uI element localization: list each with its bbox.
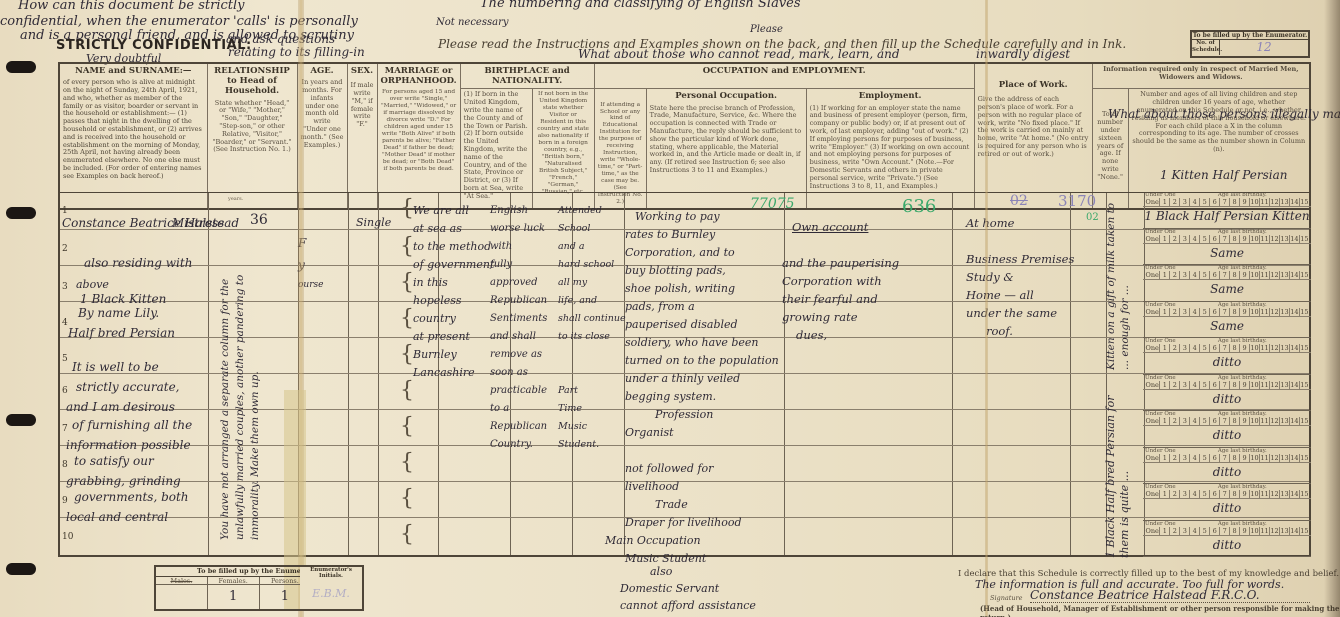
place-line: Business Premises [966, 250, 1074, 268]
occupation-line: livelihood [625, 478, 779, 496]
row-number: 7 [62, 424, 68, 434]
child-entry: ditto [1143, 428, 1311, 442]
age-cell: 13 [1279, 527, 1289, 535]
birthplace-line: country [413, 310, 494, 328]
employment-line: and the pauperising [782, 254, 899, 272]
age-cell: 14 [1289, 271, 1299, 279]
schedule-number-box: To be filled up by the Enumerator. No. o… [1190, 30, 1310, 58]
age-cell-under: One [1145, 381, 1159, 389]
child-age-row: Under OneAge last birthday.One1234567891… [1143, 302, 1311, 338]
child-entry: Same [1143, 319, 1311, 333]
age-cell: 13 [1279, 454, 1289, 462]
occupation-line: begging system. [625, 388, 779, 406]
birthplace-line: We are all [413, 202, 494, 220]
nationality-line: Country. [490, 436, 547, 454]
age-cell: 15 [1299, 417, 1309, 425]
age-cell: 2 [1169, 381, 1179, 389]
age-cell: 3 [1179, 417, 1189, 425]
child-age-row: Under OneAge last birthday.One1234567891… [1143, 484, 1311, 521]
age-cell: 3 [1179, 344, 1189, 352]
occupation-line: Draper for livelihood [625, 514, 779, 532]
occupation-line: rates to Burnley [625, 226, 779, 244]
age-cell: 6 [1209, 198, 1219, 206]
age-cell: 2 [1169, 417, 1179, 425]
age-cell: 5 [1199, 527, 1209, 535]
age-cell: 11 [1259, 198, 1269, 206]
person-name-cont[interactable]: local and central [66, 510, 168, 524]
employment-line: their fearful and [782, 290, 899, 308]
age-cell: 11 [1259, 381, 1269, 389]
annotation-vertical-children-2: 1 Black Half bred Persian for them is qu… [1104, 368, 1132, 558]
person-name-cont[interactable]: 1 Black Kitten [80, 292, 166, 306]
child-entry: 1 Black Half Persian Kitten [1143, 209, 1311, 223]
col-n-text: Total number under sixteen years of age.… [1096, 111, 1125, 181]
age-cell: 1 [1159, 527, 1169, 535]
age-cell: 3 [1179, 381, 1189, 389]
nationality-line: and shall [490, 328, 547, 346]
occupation-header: OCCUPATION and EMPLOYMENT. [594, 63, 974, 89]
col-m-text: Give the address of each person's place … [978, 96, 1089, 158]
occupation-line: Domestic Servant [620, 580, 756, 597]
place-line: Home — all [966, 286, 1074, 304]
males-value [156, 585, 208, 609]
age-cell: 9 [1239, 235, 1249, 243]
col-c-text: In years and months. For infants under o… [301, 79, 344, 149]
initials-label: Enumerator's Initials. [300, 567, 362, 579]
child-entry: ditto [1143, 501, 1311, 515]
age-cell: 5 [1199, 490, 1209, 498]
person-name-cont[interactable]: and I am desirous [66, 400, 175, 414]
age-cell: 1 [1159, 344, 1169, 352]
age-cell: 15 [1299, 308, 1309, 316]
col-l-header: Employment. (1) If working for an employ… [806, 89, 974, 209]
schedule-field-label: No. of Schedule. [1192, 40, 1220, 55]
birthplace-entries: We are all at sea as to the method of go… [413, 202, 494, 382]
place-line: Study & [966, 268, 1074, 286]
annotation-please: Please [750, 24, 783, 35]
col-h-header: . If attending a School or any kind of E… [594, 89, 646, 209]
age-cell: 4 [1189, 381, 1199, 389]
birthplace-line: of government [413, 256, 494, 274]
age-cell: 5 [1199, 454, 1209, 462]
person-name[interactable]: also residing with [84, 256, 192, 270]
age-cell: 5 [1199, 381, 1209, 389]
col-h-text: If attending a School or any kind of Edu… [598, 102, 643, 206]
age-cell: 1 [1159, 417, 1169, 425]
child-age-row: Under OneAge last birthday.One1234567891… [1143, 265, 1311, 302]
row-number: 4 [62, 318, 68, 328]
males-label: Males. [156, 577, 208, 584]
occupation-line: Trade [625, 496, 779, 514]
child-age-row: Under OneAge last birthday.One1234567891… [1143, 448, 1311, 484]
birthplace-line: hopeless [413, 292, 494, 310]
age-cell: 6 [1209, 490, 1219, 498]
age-cell: 7 [1219, 454, 1229, 462]
employment-line: Own account [782, 218, 899, 236]
age-cell: 14 [1289, 381, 1299, 389]
education-line: Part [558, 382, 626, 400]
age-cell: 6 [1209, 235, 1219, 243]
col-k-header: Personal Occupation. State here the prec… [646, 89, 806, 209]
col-b-title: RELATIONSHIP to Head of Household. [211, 66, 294, 97]
age-cell: 2 [1169, 271, 1179, 279]
col-k-text: State here the precise branch of Profess… [650, 105, 803, 175]
annotation-illegally: What about those persons illegally mated… [1108, 107, 1340, 121]
person-name-cont[interactable]: Half bred Persian [68, 326, 175, 340]
strictly-confidential-heading: STRICTLY CONFIDENTIAL: [56, 38, 252, 53]
nationality-line: worse luck [490, 220, 547, 238]
age-cell: 4 [1189, 271, 1199, 279]
age-cell: 8 [1229, 235, 1239, 243]
row-number: 10 [62, 532, 73, 542]
age-cell: 7 [1219, 490, 1229, 498]
person-name[interactable]: of furnishing all the [72, 418, 192, 432]
age-cell: 2 [1169, 235, 1179, 243]
row-number: 9 [62, 496, 68, 506]
schedule-box-label: To be filled up by the Enumerator. [1192, 32, 1308, 40]
punch-hole [6, 563, 36, 575]
age-cell: 7 [1219, 271, 1229, 279]
age-cell: 15 [1299, 271, 1309, 279]
age-cell: 3 [1179, 490, 1189, 498]
row-number: 6 [62, 386, 68, 396]
age-cell: 8 [1229, 527, 1239, 535]
child-age-row: Under OneAge last birthday.One1234567891… [1143, 521, 1311, 557]
nationality-line: with [490, 238, 547, 256]
age-cell: 12 [1269, 381, 1279, 389]
age-cell: 9 [1239, 271, 1249, 279]
employment-code: 636 [902, 196, 936, 217]
age-cell: 4 [1189, 454, 1199, 462]
education-line: life, and [558, 292, 626, 310]
person-name[interactable]: strictly accurate, [76, 380, 179, 394]
col-o-text: Number and ages of all living children a… [1132, 91, 1306, 153]
nationality-line: fully [490, 256, 547, 274]
birthplace-line: at present [413, 328, 494, 346]
place-line: At home [966, 214, 1074, 232]
column-header-table: NAME and SURNAME:— of every person who i… [58, 62, 1311, 210]
row-number: 3 [62, 282, 68, 292]
birthplace-line: at sea as [413, 220, 494, 238]
employment-entries: Own account and the pauperising Corporat… [782, 218, 899, 344]
age-cell: 7 [1219, 344, 1229, 352]
place-code-sub: 02 [1086, 212, 1099, 223]
age-cell: 8 [1229, 344, 1239, 352]
education-line: Student. [558, 436, 626, 454]
education-line: hard school [558, 256, 626, 274]
occupation-entries: Working to pay rates to Burnley Corporat… [625, 208, 779, 568]
age-cell: 5 [1199, 417, 1209, 425]
age-cell: 2 [1169, 490, 1179, 498]
employment-line [782, 236, 899, 254]
age-cell: 7 [1219, 198, 1229, 206]
occupation-line: Profession [625, 406, 779, 424]
occupation-line: pads, from a [625, 298, 779, 316]
age-cell: 7 [1219, 527, 1229, 535]
declaration-footer: (Head of Household, Manager of Establish… [980, 604, 1340, 617]
child-age-row: Under OneAge last birthday.One1234567891… [1143, 375, 1311, 411]
nationality-line: Republican [490, 418, 547, 436]
nationality-line: Sentiments [490, 310, 547, 328]
child-entry: ditto [1143, 355, 1311, 369]
person-name[interactable]: It is well to be [72, 360, 159, 374]
age-cell: 5 [1199, 271, 1209, 279]
punch-hole [6, 61, 36, 73]
age-cell-under: One [1145, 344, 1159, 352]
annotation-top-left-1: How can this document be strictly [18, 0, 245, 13]
age-cell: 9 [1239, 490, 1249, 498]
col-e-title: MARRIAGE or ORPHANHOOD. [381, 66, 457, 86]
age-cell: 1 [1159, 198, 1169, 206]
age-cell-under: One [1145, 454, 1159, 462]
col-c-title: AGE. [301, 66, 344, 76]
age-cell: 14 [1289, 308, 1299, 316]
married-info-header: Information required only in respect of … [1092, 63, 1310, 89]
age-cell: 10 [1249, 344, 1259, 352]
age-cell: 9 [1239, 198, 1249, 206]
birthplace-header: BIRTHPLACE and NATIONALITY. [460, 63, 594, 89]
paper-fold [985, 0, 988, 617]
age-cell: 5 [1199, 308, 1209, 316]
occupation-line: soldiery, who have been [625, 334, 779, 352]
females-value: 1 [208, 585, 260, 609]
age-cell: 1 [1159, 454, 1169, 462]
age-cell: 9 [1239, 344, 1249, 352]
age-cell: 5 [1199, 235, 1209, 243]
age-cell-under: One [1145, 527, 1159, 535]
age-cell: 13 [1279, 344, 1289, 352]
person-name-cont[interactable]: grabbing, grinding [66, 474, 181, 488]
age-cell: 13 [1279, 308, 1289, 316]
col-b-header: RELATIONSHIP to Head of Household. State… [207, 63, 297, 209]
child-age-row: Under OneAge last birthday.One1234567891… [1143, 411, 1311, 448]
nationality-entries: English worse luck with fully approved R… [490, 202, 547, 454]
age-cell: 10 [1249, 308, 1259, 316]
age-cell: 13 [1279, 490, 1289, 498]
person-name[interactable]: above [76, 278, 109, 291]
annotation-top-center: The numbering and classifying of English… [480, 0, 801, 11]
occupation-line [625, 442, 779, 460]
females-label: Females. [208, 577, 260, 584]
col-g-text: If not born in the United Kingdom state … [536, 91, 591, 195]
age-cell: 4 [1189, 308, 1199, 316]
birthplace-title: BIRTHPLACE and NATIONALITY. [464, 66, 591, 86]
age-cell: 10 [1249, 198, 1259, 206]
col-a-header: NAME and SURNAME:— of every person who i… [59, 63, 207, 209]
age-cell: 14 [1289, 235, 1299, 243]
place-line: roof. [966, 322, 1074, 340]
age-cell: 2 [1169, 344, 1179, 352]
employment-line: Corporation with [782, 272, 899, 290]
age-cell: 1 [1159, 308, 1169, 316]
age-cell: 15 [1299, 344, 1309, 352]
signature-label: Signature [990, 594, 1023, 602]
age-cell: 2 [1169, 198, 1179, 206]
initials-value: E.B.M. [300, 587, 362, 600]
place-code-struck: 02 [1010, 193, 1028, 209]
education-line: and a [558, 238, 626, 256]
place-code: 3170 [1058, 192, 1096, 210]
annotation-read-mark: What about those who cannot read, mark, … [578, 47, 900, 61]
row-number: 1 [62, 206, 68, 216]
age-cell: 2 [1169, 527, 1179, 535]
col-l-title: Employment. [810, 91, 971, 101]
age-cell: 6 [1209, 454, 1219, 462]
age-cell: 13 [1279, 198, 1289, 206]
col-k-title: Personal Occupation. [650, 91, 803, 101]
nationality-line: soon as [490, 364, 547, 382]
age-cell: 13 [1279, 381, 1289, 389]
age-cell: 9 [1239, 381, 1249, 389]
child-age-row: Under OneAge last birthday.One1234567891… [1143, 229, 1311, 265]
birthplace-line: to the method [413, 238, 494, 256]
age-cell: 8 [1229, 454, 1239, 462]
age-cell: 4 [1189, 198, 1199, 206]
child-age-row: Under OneAge last birthday.One1234567891… [1143, 192, 1311, 229]
age-cell: 7 [1219, 308, 1229, 316]
age-cell: 2 [1169, 308, 1179, 316]
col-e-text: For persons aged 15 and over write "Sing… [381, 89, 457, 172]
age-cell: 11 [1259, 235, 1269, 243]
place-of-work-entries: At home Business Premises Study & Home —… [966, 214, 1074, 340]
age-cell: 12 [1269, 454, 1279, 462]
age-cell: 3 [1179, 308, 1189, 316]
age-cell-under: One [1145, 198, 1159, 206]
nationality-line: Republican [490, 292, 547, 310]
age-cell: 6 [1209, 308, 1219, 316]
place-line [966, 232, 1074, 250]
age-cell: 11 [1259, 527, 1269, 535]
age-cell: 11 [1259, 454, 1269, 462]
age-cell: 9 [1239, 454, 1249, 462]
occupation-line: pauperised disabled [625, 316, 779, 334]
child-entry: Same [1143, 246, 1311, 260]
age-cell: 1 [1159, 235, 1169, 243]
enumerator-initials-box: Enumerator's Initials. E.B.M. [300, 565, 364, 611]
age-cell: 10 [1249, 381, 1259, 389]
occupation-line: Organist [625, 424, 779, 442]
age-cell: 13 [1279, 417, 1289, 425]
col-d-text: If male write "M," if female write "F." [351, 82, 374, 129]
child-entry: ditto [1143, 538, 1311, 552]
age-cell: 8 [1229, 198, 1239, 206]
nationality-line: remove as [490, 346, 547, 364]
age-cell: 14 [1289, 490, 1299, 498]
age-cell: 13 [1279, 271, 1289, 279]
birthplace-line: in this [413, 274, 494, 292]
occupation-line: also [620, 563, 756, 580]
age-years-label: years. [228, 196, 243, 202]
age-cell: 4 [1189, 527, 1199, 535]
age-cell: 7 [1219, 381, 1229, 389]
age-cell-under: One [1145, 308, 1159, 316]
person-name-cont[interactable]: information possible [66, 438, 191, 452]
age-cell: 5 [1199, 198, 1209, 206]
nationality-line: approved [490, 274, 547, 292]
age-cell: 14 [1289, 454, 1299, 462]
occupation-line: buy blotting pads, [625, 262, 779, 280]
nationality-line: to a [490, 400, 547, 418]
annotation-vertical-children-1: Kitten on a gift of milk taken to ... en… [1104, 190, 1132, 370]
col-a-title: NAME and SURNAME:— [63, 66, 204, 76]
age-cell: 6 [1209, 381, 1219, 389]
age-cell: 15 [1299, 235, 1309, 243]
age-cell: 8 [1229, 417, 1239, 425]
age-cell: 15 [1299, 381, 1309, 389]
age-cell: 6 [1209, 271, 1219, 279]
occupation-line: turned on to the population [625, 352, 779, 370]
person-marriage[interactable]: Single [356, 216, 391, 229]
education-line: all my [558, 274, 626, 292]
birthplace-line: Burnley [413, 346, 494, 364]
age-cell: 8 [1229, 308, 1239, 316]
age-cell: 11 [1259, 271, 1269, 279]
age-cell-under: One [1145, 271, 1159, 279]
person-name[interactable]: By name Lily. [78, 306, 159, 320]
age-cell: 4 [1189, 344, 1199, 352]
education-line: shall continue [558, 310, 626, 328]
age-cell: 11 [1259, 417, 1269, 425]
row-number: 5 [62, 354, 68, 364]
age-cell: 10 [1249, 490, 1259, 498]
employment-line: dues, [782, 326, 899, 344]
occupation-line: Corporation, and to [625, 244, 779, 262]
col-m-header: Place of Work. Give the address of each … [974, 63, 1092, 209]
age-cell: 9 [1239, 308, 1249, 316]
col-m-title: Place of Work. [978, 80, 1089, 90]
age-cell: 3 [1179, 271, 1189, 279]
age-cell: 14 [1289, 417, 1299, 425]
age-cell-under: One [1145, 417, 1159, 425]
punch-hole [6, 414, 36, 426]
age-cell: 11 [1259, 344, 1269, 352]
age-cell: 10 [1249, 527, 1259, 535]
age-cell: 15 [1299, 454, 1309, 462]
age-cell: 4 [1189, 490, 1199, 498]
age-cell: 10 [1249, 417, 1259, 425]
age-cell: 3 [1179, 235, 1189, 243]
child-age-row: Under OneAge last birthday.One1234567891… [1143, 338, 1311, 375]
age-cell: 6 [1209, 344, 1219, 352]
row-number: 2 [62, 244, 68, 254]
child-entry: ditto [1143, 392, 1311, 406]
nationality-line: practicable [490, 382, 547, 400]
age-cell: 12 [1269, 308, 1279, 316]
age-cell: 10 [1249, 271, 1259, 279]
person-age[interactable]: 36 [250, 212, 268, 228]
age-cell: 8 [1229, 490, 1239, 498]
col-d-header: SEX. If male write "M," if female write … [347, 63, 377, 209]
age-cell: 1 [1159, 490, 1169, 498]
person-name[interactable]: governments, both [74, 490, 189, 504]
age-cell: 1 [1159, 271, 1169, 279]
age-cell: 15 [1299, 527, 1309, 535]
col-f-header: (1) If born in the United Kingdom, write… [460, 89, 532, 209]
page-edge [1324, 0, 1340, 617]
person-name[interactable]: to satisfy our [74, 454, 154, 468]
occupation-line: under a thinly veiled [625, 370, 779, 388]
age-cell: 9 [1239, 527, 1249, 535]
married-info-title: Information required only in respect of … [1096, 66, 1306, 82]
row-number: 8 [62, 460, 68, 470]
education-line: School [558, 220, 626, 238]
annotation-not-necessary: Not necessary [436, 17, 509, 28]
age-cell: 9 [1239, 417, 1249, 425]
person-relationship[interactable]: Mistress [172, 216, 224, 230]
age-cell: 3 [1179, 454, 1189, 462]
col-c-header: AGE. In years and months. For infants un… [297, 63, 347, 209]
age-cell: 12 [1269, 417, 1279, 425]
